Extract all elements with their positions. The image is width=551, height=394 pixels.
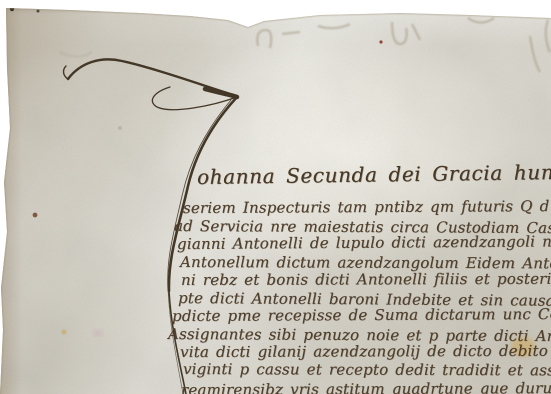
manuscript-line: ni rebz et bonis dicti Antonelli filiis … [181, 269, 551, 289]
manuscript-line: gianni Antonelli de lupulo dicti azendza… [177, 232, 551, 253]
manuscript-text-block: ohanna Secunda dei Gracia hungarie Jerlm… [0, 0, 551, 394]
manuscript-line: viginti p cassu et recepto dedit tradidi… [183, 360, 551, 379]
manuscript-line: ohanna Secunda dei Gracia hungarie Jerlm… [197, 158, 551, 189]
manuscript-line: vita dicti gilanij azendzangolij de dict… [180, 342, 551, 361]
manuscript-line: seriem Inspecturis tam pntibz qm futuris… [183, 197, 551, 217]
manuscript-line: pdicte pme recepisse de Suma dictarum un… [172, 305, 551, 325]
manuscript-photo: ohanna Secunda dei Gracia hungarie Jerlm… [0, 0, 551, 394]
manuscript-line: reamirensibz vris astitum quadrtune que … [181, 379, 551, 394]
